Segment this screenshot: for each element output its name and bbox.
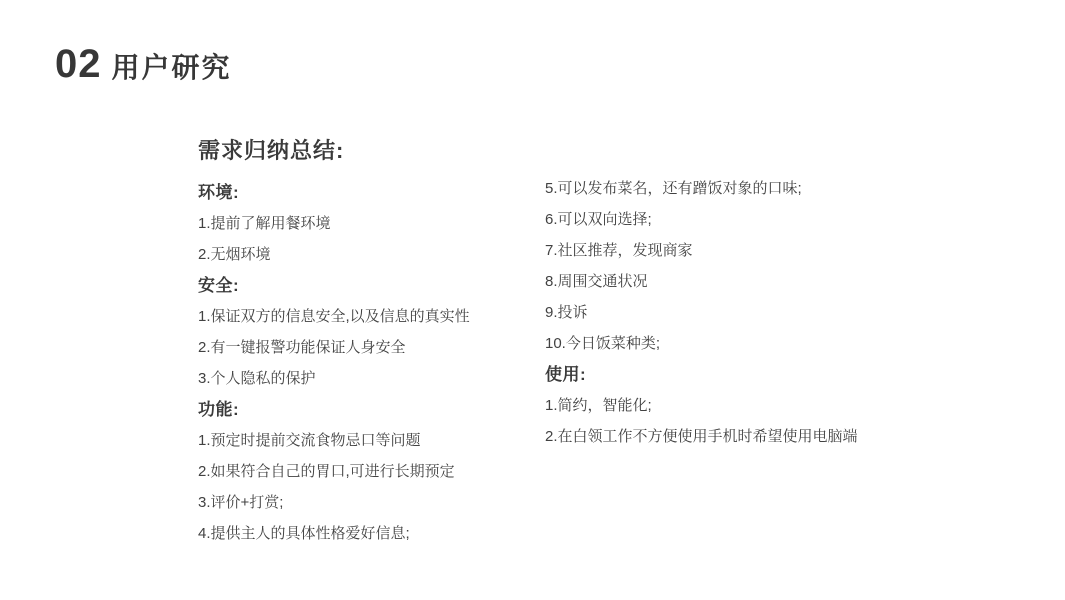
- list-item: 2.有一键报警功能保证人身安全: [198, 332, 470, 363]
- section-heading: 需求归纳总结:: [198, 139, 344, 163]
- list-item: 4.提供主人的具体性格爱好信息;: [198, 518, 470, 549]
- category-heading-environment: 环境:: [198, 177, 470, 208]
- slide-number: 02: [55, 44, 102, 84]
- list-item: 1.保证双方的信息安全,以及信息的真实性: [198, 301, 470, 332]
- list-item: 8.周围交通状况: [545, 266, 858, 297]
- right-column: 5.可以发布菜名，还有蹭饭对象的口味; 6.可以双向选择; 7.社区推荐，发现商…: [545, 173, 858, 452]
- list-item: 2.如果符合自己的胃口,可进行长期预定: [198, 456, 470, 487]
- slide: 02 用户研究 需求归纳总结: 环境: 1.提前了解用餐环境 2.无烟环境 安全…: [0, 0, 1065, 600]
- category-heading-function: 功能:: [198, 394, 470, 425]
- list-item: 10.今日饭菜种类;: [545, 328, 858, 359]
- slide-header: 02 用户研究: [55, 44, 232, 84]
- category-heading-usage: 使用:: [545, 359, 858, 390]
- list-item: 1.简约，智能化;: [545, 390, 858, 421]
- list-item: 1.预定时提前交流食物忌口等问题: [198, 425, 470, 456]
- list-item: 1.提前了解用餐环境: [198, 208, 470, 239]
- category-heading-safety: 安全:: [198, 270, 470, 301]
- list-item: 3.个人隐私的保护: [198, 363, 470, 394]
- list-item: 2.在白领工作不方便使用手机时希望使用电脑端: [545, 421, 858, 452]
- list-item: 7.社区推荐，发现商家: [545, 235, 858, 266]
- list-item: 3.评价+打赏;: [198, 487, 470, 518]
- list-item: 6.可以双向选择;: [545, 204, 858, 235]
- page-title: 用户研究: [112, 54, 232, 82]
- list-item: 9.投诉: [545, 297, 858, 328]
- left-column: 环境: 1.提前了解用餐环境 2.无烟环境 安全: 1.保证双方的信息安全,以及…: [198, 177, 470, 549]
- list-item: 2.无烟环境: [198, 239, 470, 270]
- list-item: 5.可以发布菜名，还有蹭饭对象的口味;: [545, 173, 858, 204]
